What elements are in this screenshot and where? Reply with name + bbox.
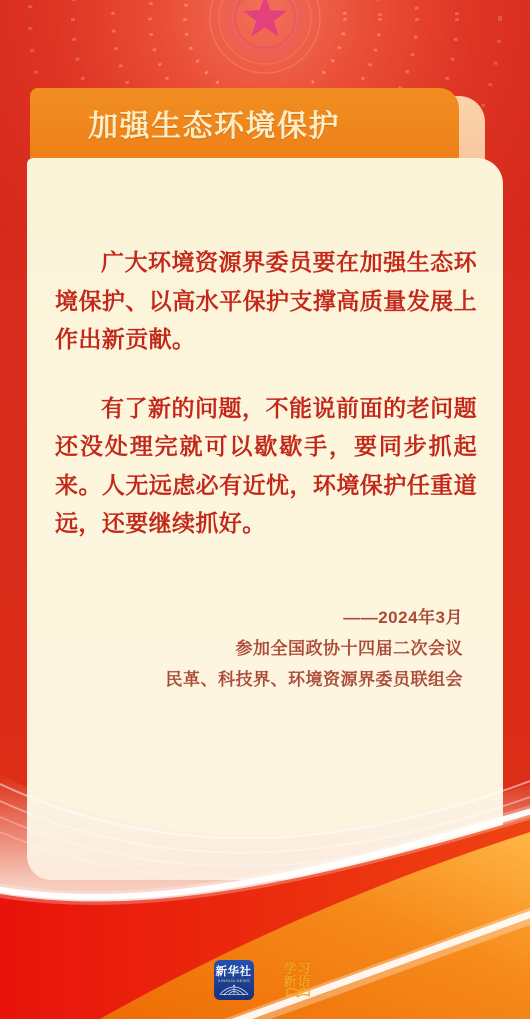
xuexi-logo-name-bottom: 新语 [283, 975, 311, 988]
quote-paragraph-2: 有了新的问题，不能说前面的老问题还没处理完就可以歇歇手，要同步抓起来。人无远虑必… [55, 390, 477, 544]
attribution-occasion: 参加全国政协十四届二次会议 [55, 633, 463, 664]
quote-paragraph-1: 广大环境资源界委员要在加强生态环境保护、以高水平保护支撑高质量发展上作出新贡献。 [55, 244, 477, 360]
attribution-date: ——2024年3月 [55, 602, 463, 633]
xuexi-xinyu-logo: 学习 新语 [279, 960, 317, 1000]
footer-logos: 新华社 XINHUA NEWS 学习 新语 [0, 960, 530, 1000]
poster: 广大环境资源界委员要在加强生态环境保护、以高水平保护支撑高质量发展上作出新贡献。… [0, 0, 530, 1019]
title-banner: 加强生态环境保护 [30, 88, 459, 158]
attribution: ——2024年3月 参加全国政协十四届二次会议 民革、科技界、环境资源界委员联组… [55, 602, 463, 695]
banner-title: 加强生态环境保护 [30, 101, 340, 145]
quote-card-body: 广大环境资源界委员要在加强生态环境保护、以高水平保护支撑高质量发展上作出新贡献。… [27, 158, 503, 695]
xinhua-logo: 新华社 XINHUA NEWS [214, 960, 254, 1000]
xinhua-logo-subtitle: XINHUA NEWS [217, 978, 249, 983]
open-book-icon [285, 988, 311, 998]
xinhua-logo-name: 新华社 [216, 966, 252, 978]
globe-network-icon [218, 984, 250, 996]
